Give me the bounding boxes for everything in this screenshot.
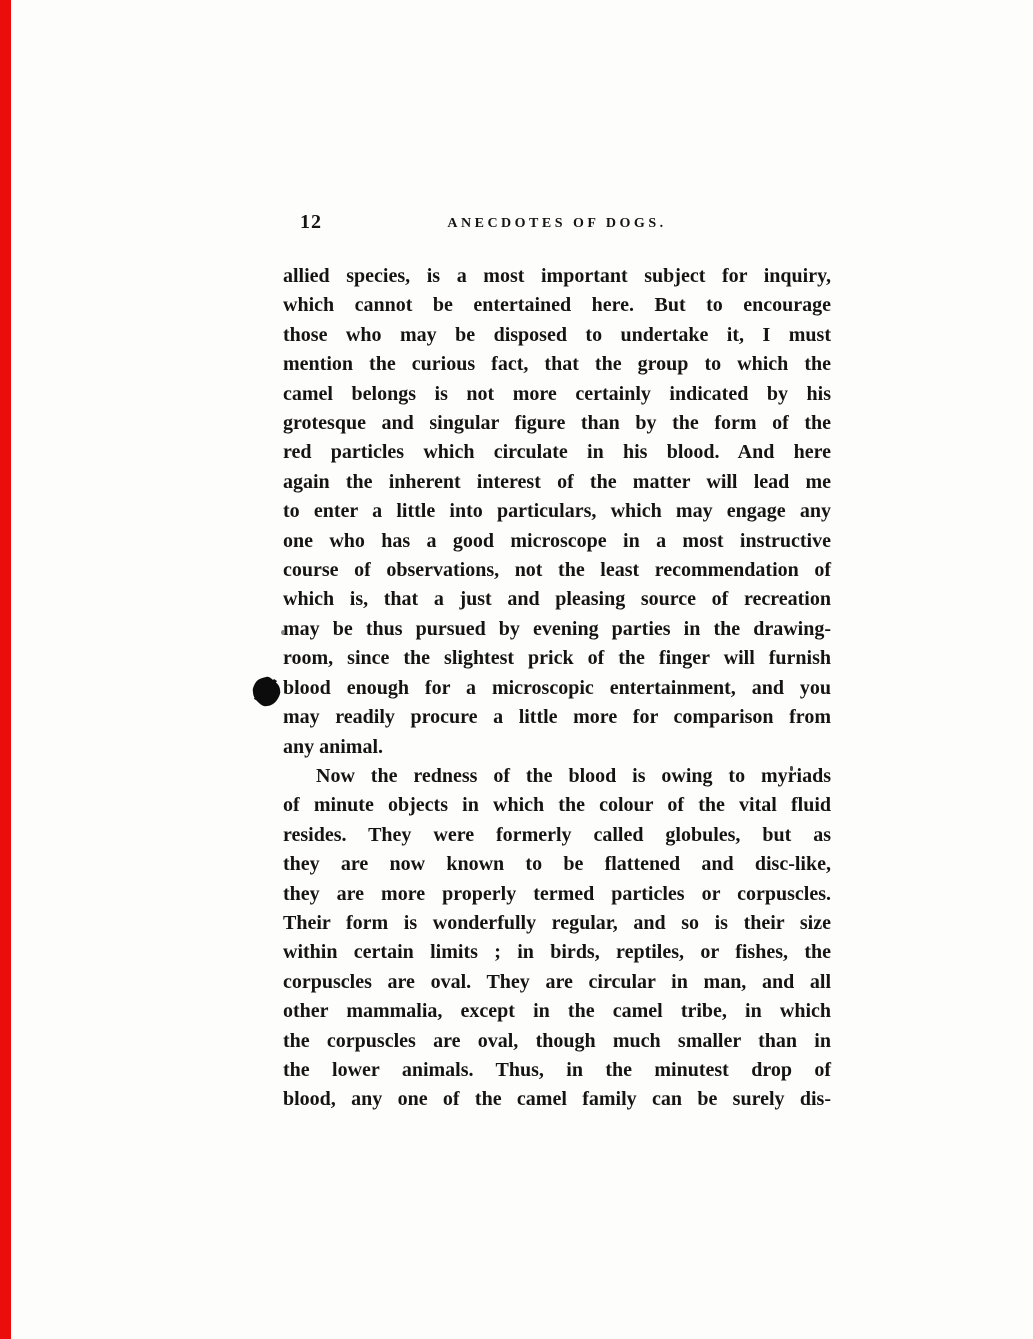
body-line: allied species, is a most important subj…: [283, 262, 831, 291]
ink-blot-mark: [252, 676, 282, 707]
print-speck: [281, 630, 285, 635]
body-line: again the inherent interest of the matte…: [283, 468, 831, 497]
print-speck: [790, 766, 793, 771]
body-line: camel belongs is not more certainly indi…: [283, 380, 831, 409]
body-line: mention the curious fact, that the group…: [283, 350, 831, 379]
body-line: they are now known to be flattened and d…: [283, 850, 831, 879]
body-line: which is, that a just and pleasing sourc…: [283, 585, 831, 614]
body-line: any animal.: [283, 733, 831, 762]
body-line: red particles which circulate in his blo…: [283, 438, 831, 467]
scan-edge-red-strip: [0, 0, 11, 1339]
body-line: course of observations, not the least re…: [283, 556, 831, 585]
body-line: may be thus pursued by evening parties i…: [283, 615, 831, 644]
body-line: one who has a good microscope in a most …: [283, 527, 831, 556]
body-line: may readily procure a little more for co…: [283, 703, 831, 732]
body-line: of minute objects in which the colour of…: [283, 791, 831, 820]
scanned-book-page: { "page": { "number": "12", "running_hea…: [0, 0, 1033, 1339]
running-header: ANECDOTES OF DOGS.: [447, 216, 666, 232]
body-line: to enter a little into particulars, whic…: [283, 497, 831, 526]
page-number: 12: [300, 211, 322, 234]
body-line: the corpuscles are oval, though much sma…: [283, 1027, 831, 1056]
body-line: resides. They were formerly called globu…: [283, 821, 831, 850]
body-line: blood enough for a microscopic entertain…: [283, 674, 831, 703]
body-line: those who may be disposed to undertake i…: [283, 321, 831, 350]
body-line: blood, any one of the camel family can b…: [283, 1085, 831, 1114]
body-line: within certain limits ; in birds, reptil…: [283, 938, 831, 967]
body-line: which cannot be entertained here. But to…: [283, 291, 831, 320]
body-line: Their form is wonderfully regular, and s…: [283, 909, 831, 938]
body-line: Now the redness of the blood is owing to…: [283, 762, 831, 791]
body-line: grotesque and singular figure than by th…: [283, 409, 831, 438]
body-line: other mammalia, except in the camel trib…: [283, 997, 831, 1026]
body-line: room, since the slightest prick of the f…: [283, 644, 831, 673]
body-text: allied species, is a most important subj…: [283, 262, 831, 1115]
body-line: the lower animals. Thus, in the minutest…: [283, 1056, 831, 1085]
page-header: 12 ANECDOTES OF DOGS.: [283, 211, 831, 237]
body-line: they are more properly termed particles …: [283, 880, 831, 909]
body-line: corpuscles are oval. They are circular i…: [283, 968, 831, 997]
